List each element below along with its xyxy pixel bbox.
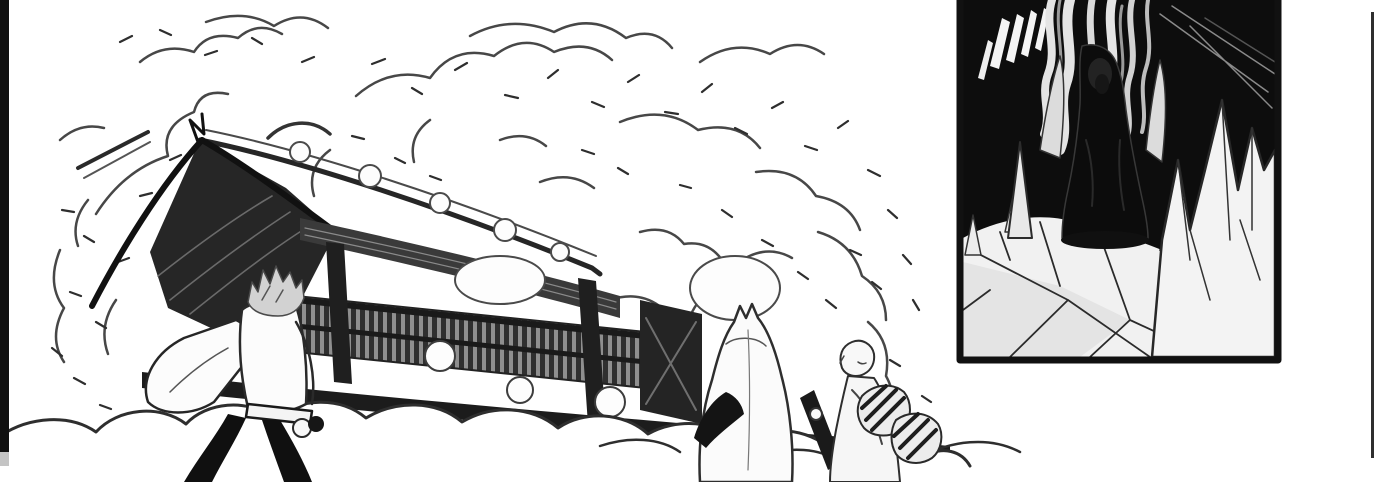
smoke-lump bbox=[290, 142, 310, 162]
manga-page bbox=[0, 0, 1378, 482]
smoke-lump bbox=[507, 377, 533, 403]
smoke-lump bbox=[551, 243, 569, 261]
sword-hand bbox=[810, 408, 822, 420]
figure-base-shadow bbox=[1061, 231, 1149, 249]
shirt-torso bbox=[240, 301, 307, 413]
smoke-blob bbox=[690, 256, 780, 320]
smoke-lump bbox=[430, 193, 450, 213]
bald-head bbox=[840, 341, 874, 376]
manga-artwork bbox=[0, 0, 1378, 482]
left-margin-bar bbox=[0, 0, 9, 452]
crystal-cavern-content bbox=[963, 0, 1275, 360]
smoke-lump bbox=[359, 165, 381, 187]
belt-pouch bbox=[293, 419, 311, 437]
right-edge-line bbox=[1371, 12, 1374, 458]
smoke-lump bbox=[595, 387, 625, 417]
left-margin-bar-fade bbox=[0, 452, 9, 466]
gloved-fist bbox=[308, 416, 324, 432]
hood-shadow bbox=[1095, 74, 1109, 94]
smoke-blob bbox=[455, 256, 545, 304]
smoke-lump bbox=[425, 341, 455, 371]
striped-pauldron-lower bbox=[892, 414, 942, 463]
crystal-cavern-panel bbox=[960, 0, 1278, 360]
smoke-lump bbox=[494, 219, 516, 241]
